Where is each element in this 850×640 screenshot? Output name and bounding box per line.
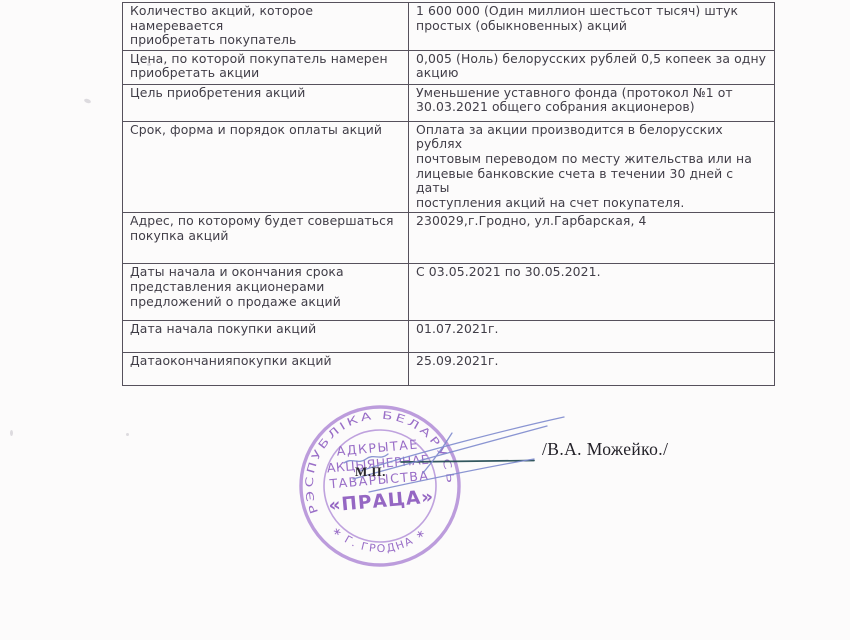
row-label: Адрес, по которому будет совершаться пок… bbox=[130, 213, 394, 243]
row-value: 01.07.2021г. bbox=[416, 321, 499, 336]
row-label-cell: Срок, форма и порядок оплаты акций bbox=[123, 121, 409, 213]
share-purchase-table: Количество акций, которое намеревается п… bbox=[122, 2, 775, 386]
stamp-ring-bottom-text: ∗ Г. ГРОДНА ∗ bbox=[329, 517, 431, 560]
row-label: Цель приобретения акций bbox=[130, 85, 305, 100]
row-value: С 03.05.2021 по 30.05.2021. bbox=[416, 264, 601, 279]
seal-place-mark: М.П. bbox=[355, 464, 386, 480]
row-label: Датаокончанияпокупки акций bbox=[130, 353, 332, 368]
scan-speck bbox=[126, 433, 129, 436]
row-value-cell: Оплата за акции производится в белорусск… bbox=[409, 121, 775, 213]
row-value-cell: С 03.05.2021 по 30.05.2021. bbox=[409, 264, 775, 321]
row-value-cell: 0,005 (Ноль) белорусских рублей 0,5 копе… bbox=[409, 50, 775, 84]
row-label-cell: Адрес, по которому будет совершаться пок… bbox=[123, 213, 409, 264]
table-row: Датаокончанияпокупки акций 25.09.2021г. bbox=[123, 353, 775, 386]
scanned-document-page: Количество акций, которое намеревается п… bbox=[0, 0, 850, 640]
row-value-cell: 230029,г.Гродно, ул.Гарбарская, 4 bbox=[409, 213, 775, 264]
table-row: Даты начала и окончания срока представле… bbox=[123, 264, 775, 321]
scan-speck bbox=[147, 63, 151, 66]
scan-speck bbox=[84, 98, 92, 104]
table-row: Срок, форма и порядок оплаты акций Оплат… bbox=[123, 121, 775, 213]
row-label-cell: Дата начала покупки акций bbox=[123, 321, 409, 353]
row-label-cell: Количество акций, которое намеревается п… bbox=[123, 3, 409, 51]
table-row: Цена, по которой покупатель намерен прио… bbox=[123, 50, 775, 84]
table-row: Цель приобретения акций Уменьшение устав… bbox=[123, 84, 775, 121]
row-value-cell: 1 600 000 (Один миллион шестьсот тысяч) … bbox=[409, 3, 775, 51]
row-label-cell: Даты начала и окончания срока представле… bbox=[123, 264, 409, 321]
row-label-cell: Цель приобретения акций bbox=[123, 84, 409, 121]
row-label: Цена, по которой покупатель намерен прио… bbox=[130, 51, 388, 81]
row-value-cell: 01.07.2021г. bbox=[409, 321, 775, 353]
row-value: Оплата за акции производится в белорусск… bbox=[416, 122, 752, 210]
row-value: Уменьшение уставного фонда (протокол №1 … bbox=[416, 85, 733, 115]
row-label-cell: Датаокончанияпокупки акций bbox=[123, 353, 409, 386]
row-value: 25.09.2021г. bbox=[416, 353, 499, 368]
row-label: Дата начала покупки акций bbox=[130, 321, 316, 336]
table-row: Дата начала покупки акций 01.07.2021г. bbox=[123, 321, 775, 353]
row-label: Количество акций, которое намеревается п… bbox=[130, 3, 313, 47]
row-value: 1 600 000 (Один миллион шестьсот тысяч) … bbox=[416, 3, 738, 33]
row-label: Срок, форма и порядок оплаты акций bbox=[130, 122, 382, 137]
row-label: Даты начала и окончания срока представле… bbox=[130, 264, 344, 308]
stamp-company-name: «ПРАЦА» bbox=[328, 486, 435, 516]
table-row: Количество акций, которое намеревается п… bbox=[123, 3, 775, 51]
row-value-cell: 25.09.2021г. bbox=[409, 353, 775, 386]
table-row: Адрес, по которому будет совершаться пок… bbox=[123, 213, 775, 264]
row-value: 230029,г.Гродно, ул.Гарбарская, 4 bbox=[416, 213, 647, 228]
row-value: 0,005 (Ноль) белорусских рублей 0,5 копе… bbox=[416, 51, 766, 81]
signer-name: /В.А. Можейко./ bbox=[542, 439, 668, 460]
row-label-cell: Цена, по которой покупатель намерен прио… bbox=[123, 50, 409, 84]
scan-speck bbox=[10, 430, 13, 436]
row-value-cell: Уменьшение уставного фонда (протокол №1 … bbox=[409, 84, 775, 121]
company-stamp-icon: РЭСПУБЛІКА БЕЛАРУСЬ ∗ Г. ГРОДНА ∗ АДКРЫТ… bbox=[294, 400, 466, 572]
